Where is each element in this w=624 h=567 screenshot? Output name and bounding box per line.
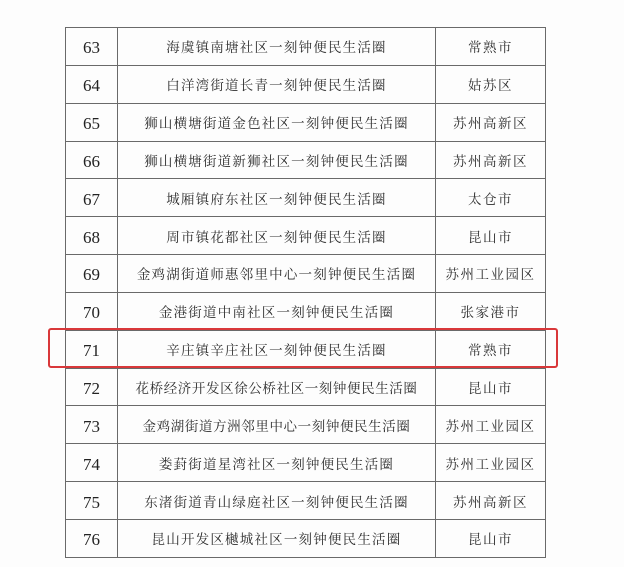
district: 苏州工业园区: [436, 406, 546, 444]
community-name: 狮山横塘街道金色社区一刻钟便民生活圈: [118, 103, 436, 141]
table-row: 66 狮山横塘街道新狮社区一刻钟便民生活圈 苏州高新区: [66, 141, 546, 179]
row-number: 70: [66, 292, 118, 330]
district: 常熟市: [436, 330, 546, 368]
community-name: 白洋湾街道长青一刻钟便民生活圈: [118, 65, 436, 103]
district: 苏州高新区: [436, 141, 546, 179]
community-name: 城厢镇府东社区一刻钟便民生活圈: [118, 179, 436, 217]
district: 张家港市: [436, 292, 546, 330]
community-name: 周市镇花都社区一刻钟便民生活圈: [118, 217, 436, 255]
district: 常熟市: [436, 28, 546, 66]
row-number: 69: [66, 255, 118, 293]
community-name: 海虞镇南塘社区一刻钟便民生活圈: [118, 28, 436, 66]
table-row: 71 辛庄镇辛庄社区一刻钟便民生活圈 常熟市: [66, 330, 546, 368]
community-list-table: 63 海虞镇南塘社区一刻钟便民生活圈 常熟市 64 白洋湾街道长青一刻钟便民生活…: [65, 27, 546, 558]
row-number: 73: [66, 406, 118, 444]
community-name: 狮山横塘街道新狮社区一刻钟便民生活圈: [118, 141, 436, 179]
table-row: 73 金鸡湖街道方洲邻里中心一刻钟便民生活圈 苏州工业园区: [66, 406, 546, 444]
row-number: 65: [66, 103, 118, 141]
row-number: 76: [66, 519, 118, 557]
table-row: 76 昆山开发区樾城社区一刻钟便民生活圈 昆山市: [66, 519, 546, 557]
district: 姑苏区: [436, 65, 546, 103]
table-row: 70 金港街道中南社区一刻钟便民生活圈 张家港市: [66, 292, 546, 330]
district: 昆山市: [436, 217, 546, 255]
community-name: 金鸡湖街道方洲邻里中心一刻钟便民生活圈: [118, 406, 436, 444]
document-page: 63 海虞镇南塘社区一刻钟便民生活圈 常熟市 64 白洋湾街道长青一刻钟便民生活…: [0, 0, 624, 567]
district: 苏州工业园区: [436, 255, 546, 293]
table-row-highlighted: 72 花桥经济开发区徐公桥社区一刻钟便民生活圈 昆山市: [66, 368, 546, 406]
table-row: 74 娄葑街道星湾社区一刻钟便民生活圈 苏州工业园区: [66, 444, 546, 482]
row-number: 66: [66, 141, 118, 179]
row-number: 67: [66, 179, 118, 217]
community-name: 东渚街道青山绿庭社区一刻钟便民生活圈: [118, 482, 436, 520]
row-number: 74: [66, 444, 118, 482]
community-name: 金鸡湖街道师惠邻里中心一刻钟便民生活圈: [118, 255, 436, 293]
table-row: 75 东渚街道青山绿庭社区一刻钟便民生活圈 苏州高新区: [66, 482, 546, 520]
row-number: 63: [66, 28, 118, 66]
district: 苏州工业园区: [436, 444, 546, 482]
community-name: 花桥经济开发区徐公桥社区一刻钟便民生活圈: [118, 368, 436, 406]
row-number: 64: [66, 65, 118, 103]
row-number: 71: [66, 330, 118, 368]
community-name: 辛庄镇辛庄社区一刻钟便民生活圈: [118, 330, 436, 368]
table-row: 65 狮山横塘街道金色社区一刻钟便民生活圈 苏州高新区: [66, 103, 546, 141]
district: 昆山市: [436, 368, 546, 406]
district: 太仓市: [436, 179, 546, 217]
table-row: 68 周市镇花都社区一刻钟便民生活圈 昆山市: [66, 217, 546, 255]
table-row: 69 金鸡湖街道师惠邻里中心一刻钟便民生活圈 苏州工业园区: [66, 255, 546, 293]
row-number: 68: [66, 217, 118, 255]
community-name: 昆山开发区樾城社区一刻钟便民生活圈: [118, 519, 436, 557]
community-name: 金港街道中南社区一刻钟便民生活圈: [118, 292, 436, 330]
district: 苏州高新区: [436, 482, 546, 520]
table-row: 67 城厢镇府东社区一刻钟便民生活圈 太仓市: [66, 179, 546, 217]
table-row: 64 白洋湾街道长青一刻钟便民生活圈 姑苏区: [66, 65, 546, 103]
district: 苏州高新区: [436, 103, 546, 141]
table-row: 63 海虞镇南塘社区一刻钟便民生活圈 常熟市: [66, 28, 546, 66]
district: 昆山市: [436, 519, 546, 557]
row-number: 75: [66, 482, 118, 520]
row-number: 72: [66, 368, 118, 406]
community-name: 娄葑街道星湾社区一刻钟便民生活圈: [118, 444, 436, 482]
